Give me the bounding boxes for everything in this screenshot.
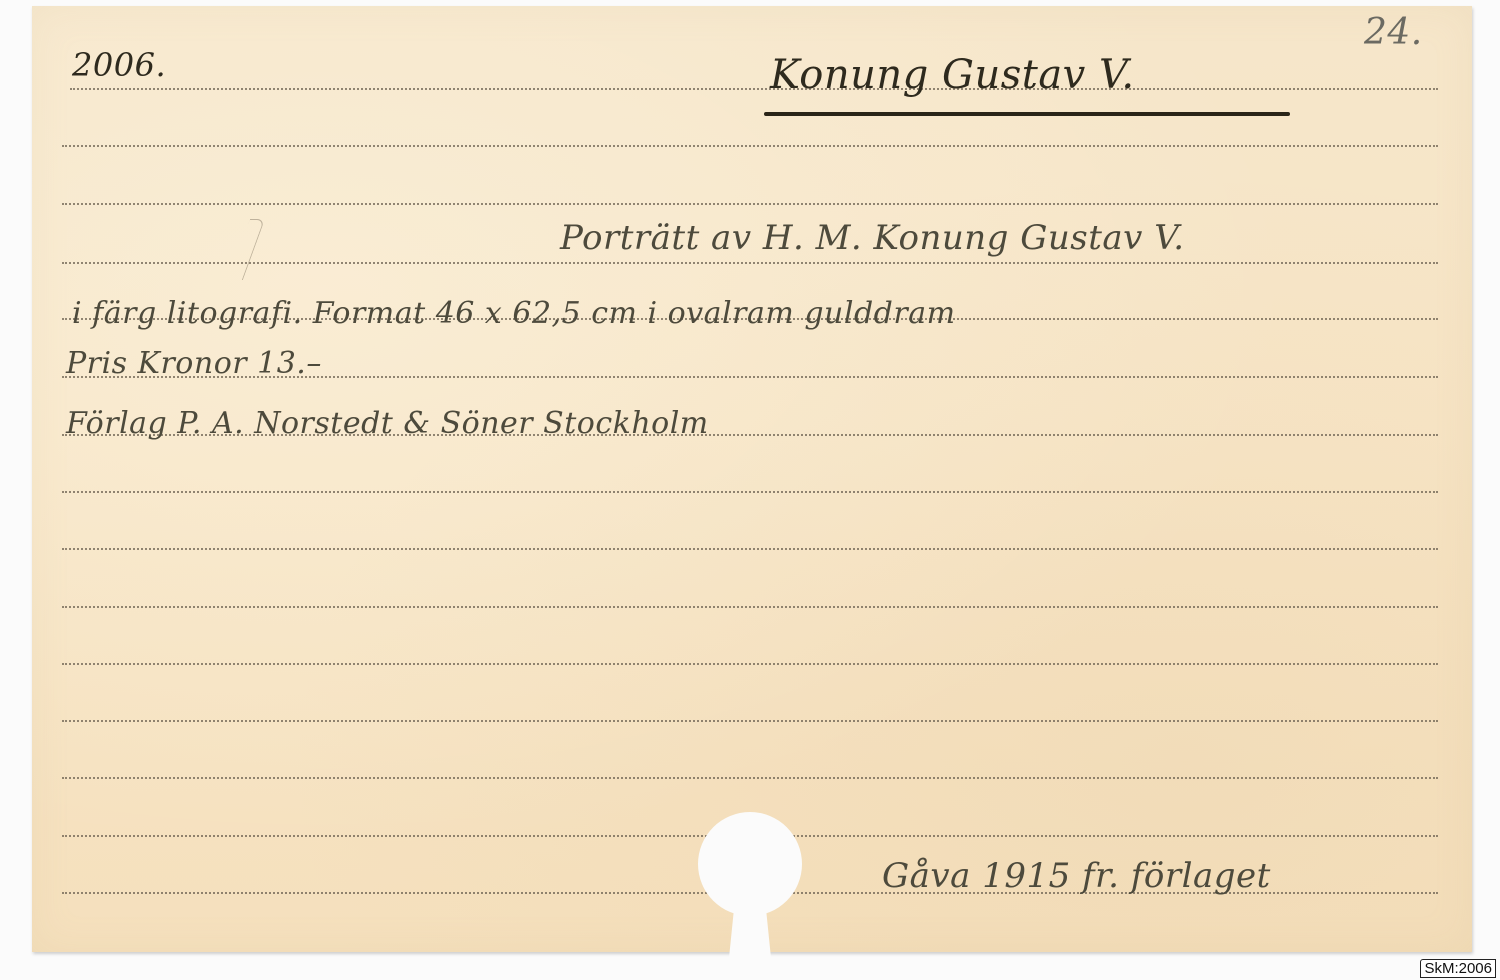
catalog-id-label: SkM:2006 xyxy=(1420,959,1496,978)
corner-number: 24. xyxy=(1364,12,1423,53)
title-underline xyxy=(764,112,1290,116)
description-line-2: i färg litografi. Format 46 x 62,5 cm i … xyxy=(72,296,956,331)
ruled-line xyxy=(62,262,1438,264)
publisher-line: Förlag P. A. Norstedt & Söner Stockholm xyxy=(66,406,709,441)
ruled-line xyxy=(62,606,1438,608)
catalog-card: 2006. Konung Gustav V. 24. Porträtt av H… xyxy=(32,6,1472,952)
price-line: Pris Kronor 13.– xyxy=(66,346,322,381)
description-line-1: Porträtt av H. M. Konung Gustav V. xyxy=(560,218,1185,258)
acquisition-note: Gåva 1915 fr. förlaget xyxy=(882,856,1271,896)
ruled-line xyxy=(62,663,1438,665)
ruled-line xyxy=(62,203,1438,205)
card-title: Konung Gustav V. xyxy=(770,52,1135,98)
pencil-mark xyxy=(228,219,265,280)
card-rod-slot xyxy=(729,896,771,958)
ruled-line xyxy=(62,720,1438,722)
ruled-line xyxy=(62,491,1438,493)
ruled-line xyxy=(62,777,1438,779)
accession-number: 2006. xyxy=(72,46,166,84)
ruled-line xyxy=(62,548,1438,550)
ruled-line xyxy=(70,88,1438,90)
ruled-line xyxy=(62,145,1438,147)
